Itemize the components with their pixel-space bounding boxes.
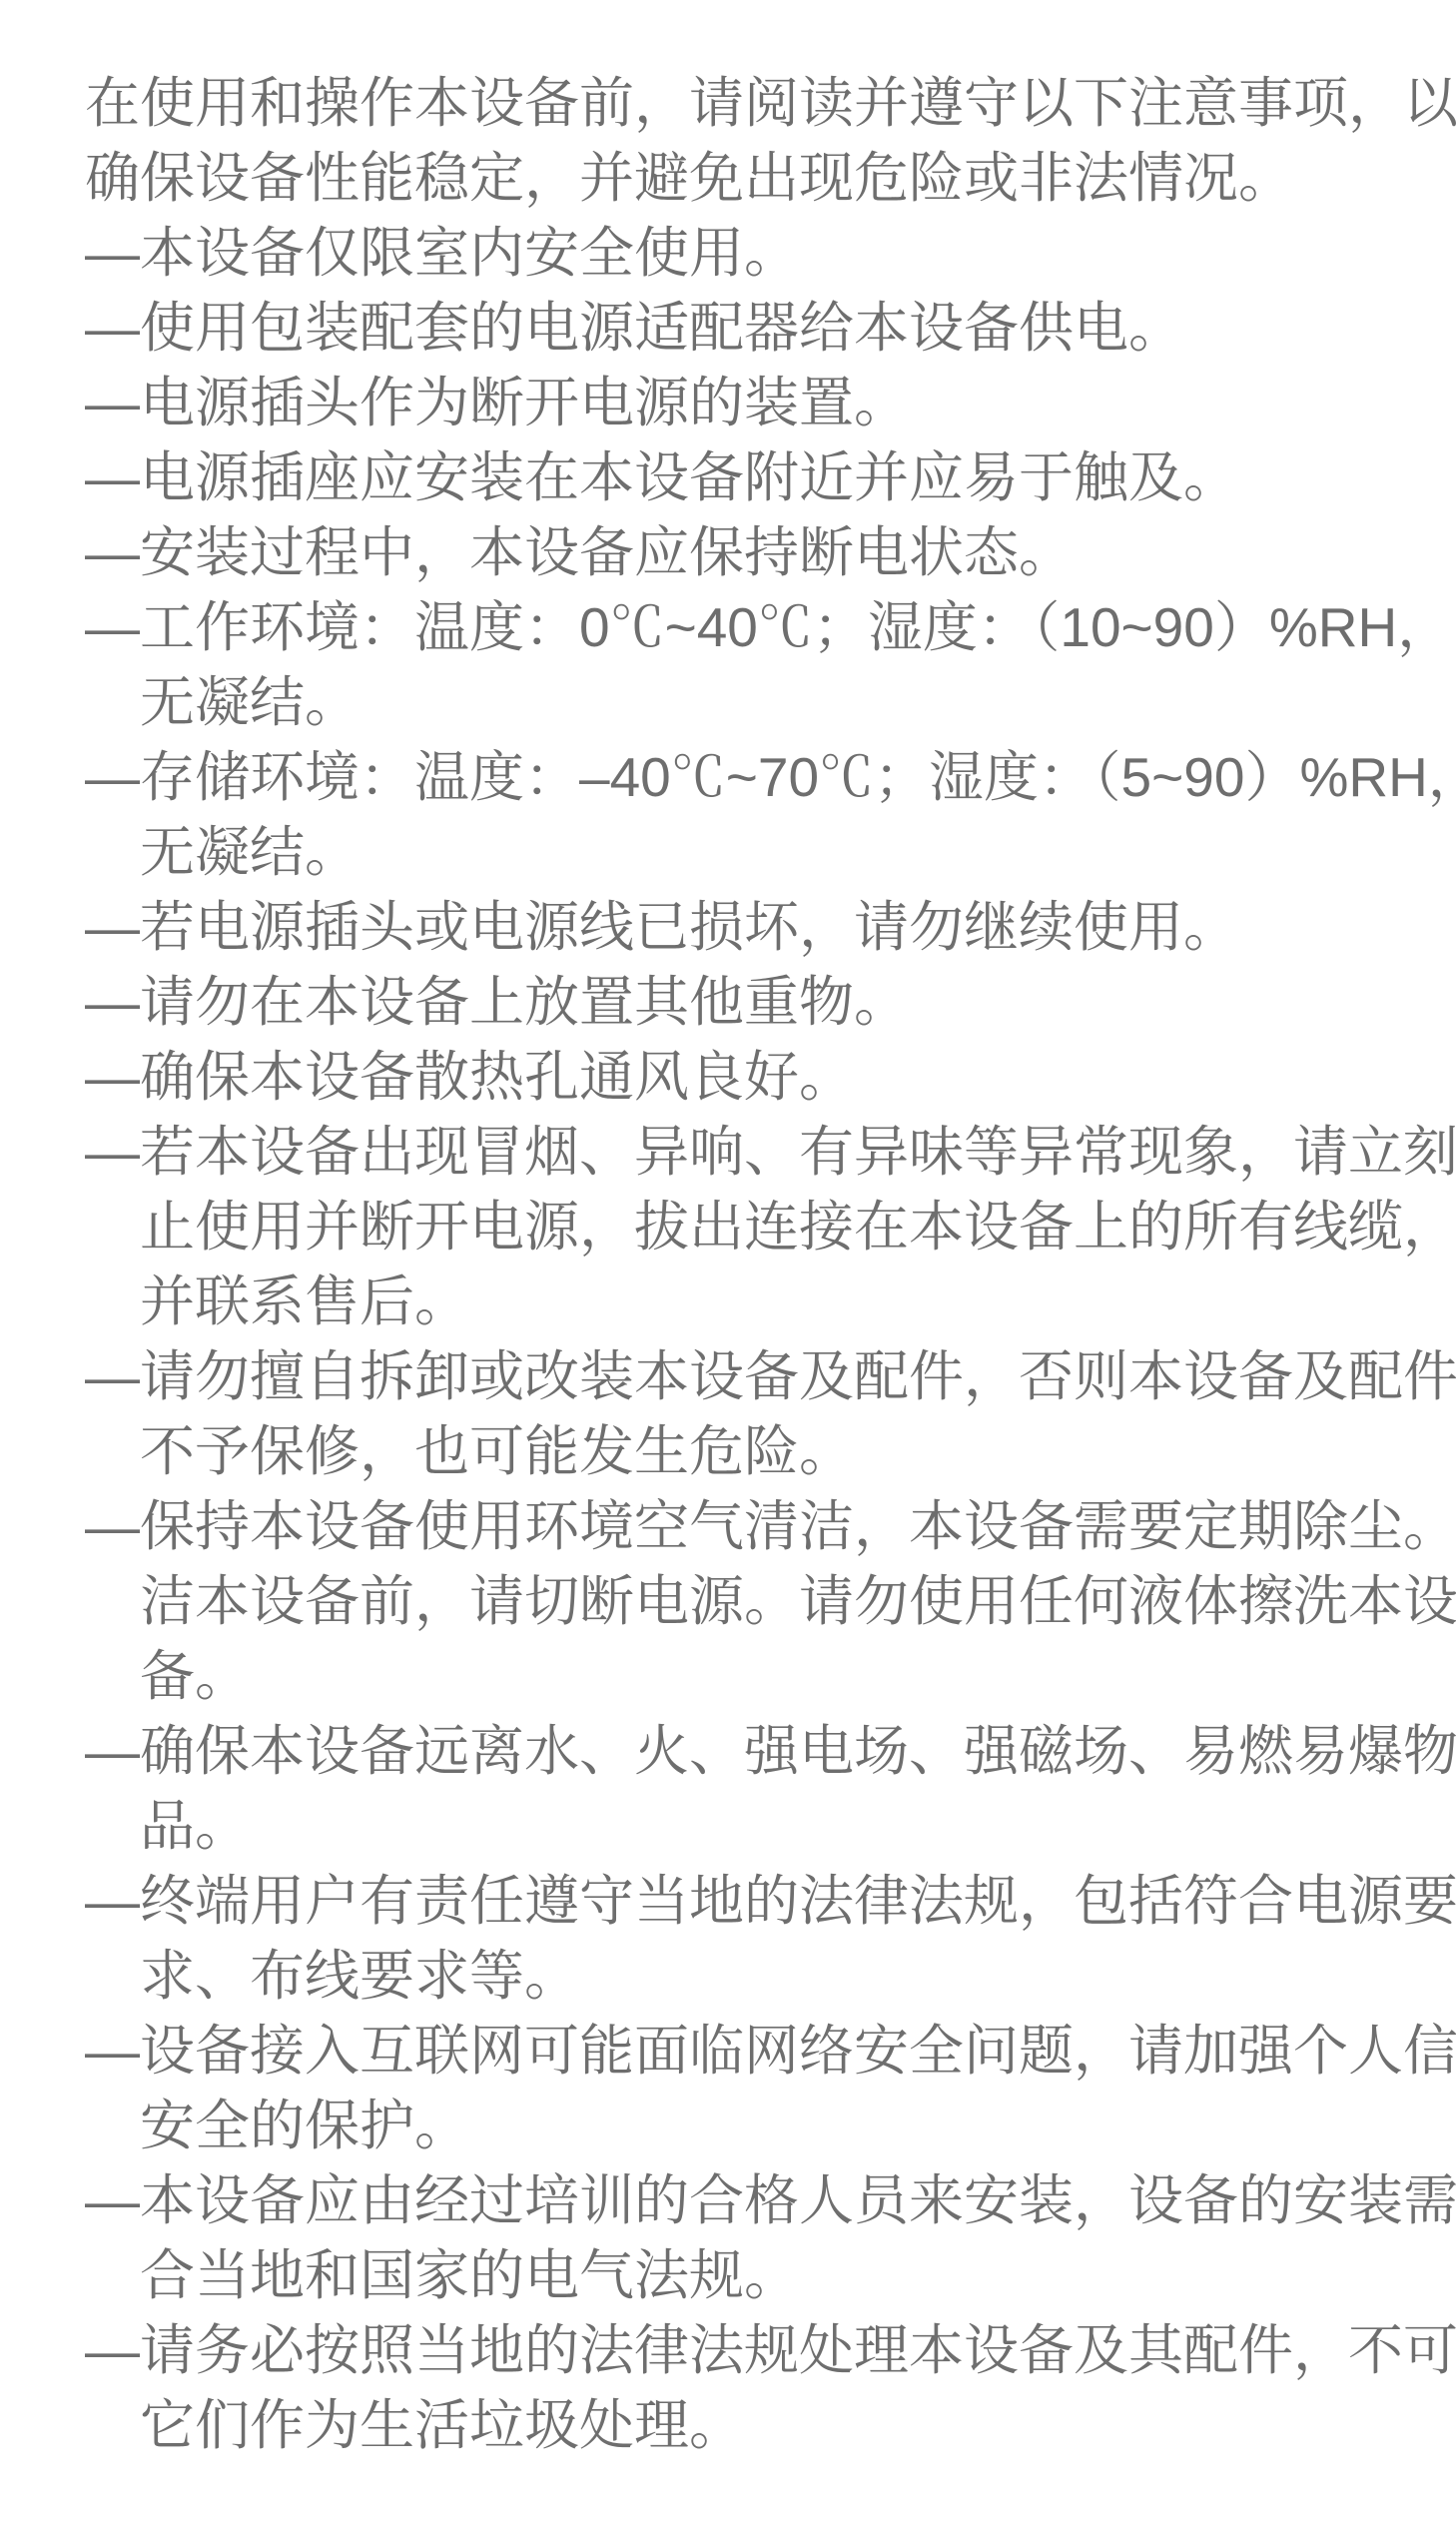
list-item-text: 若本设备出现冒烟、异响、有异味等异常现象，请立刻停 止使用并断开电源，拔出连接在… bbox=[140, 1115, 1456, 1339]
list-item-text: 请务必按照当地的法律法规处理本设备及其配件，不可将 它们作为生活垃圾处理。 bbox=[140, 2313, 1456, 2463]
list-item: — 电源插头作为断开电源的装置。 bbox=[85, 366, 1456, 440]
safety-notice-document: 在使用和操作本设备前，请阅读并遵守以下注意事项，以 确保设备性能稳定，并避免出现… bbox=[0, 0, 1456, 2463]
dash-marker: — bbox=[85, 2163, 140, 2238]
list-item: — 本设备仅限室内安全使用。 bbox=[85, 216, 1456, 291]
list-item: — 请勿擅自拆卸或改装本设备及配件，否则本设备及配件将 不予保修，也可能发生危险… bbox=[85, 1339, 1456, 1489]
list-item-text: 终端用户有责任遵守当地的法律法规，包括符合电源要 求、布线要求等。 bbox=[140, 1864, 1456, 2014]
list-item-text: 若电源插头或电源线已损坏，请勿继续使用。 bbox=[140, 890, 1238, 965]
list-item: — 本设备应由经过培训的合格人员来安装，设备的安装需符 合当地和国家的电气法规。 bbox=[85, 2163, 1456, 2313]
dash-marker: — bbox=[85, 1714, 140, 1789]
list-item: — 安装过程中，本设备应保持断电状态。 bbox=[85, 515, 1456, 590]
dash-marker: — bbox=[85, 1040, 140, 1115]
list-item-text: 电源插头作为断开电源的装置。 bbox=[140, 366, 909, 440]
list-item: — 使用包装配套的电源适配器给本设备供电。 bbox=[85, 291, 1456, 366]
list-item-text: 设备接入互联网可能面临网络安全问题，请加强个人信息 安全的保护。 bbox=[140, 2014, 1456, 2163]
dash-marker: — bbox=[85, 1115, 140, 1190]
list-item-text: 保持本设备使用环境空气清洁，本设备需要定期除尘。清 洁本设备前，请切断电源。请勿… bbox=[140, 1489, 1456, 1714]
list-item-text: 电源插座应安装在本设备附近并应易于触及。 bbox=[140, 440, 1238, 515]
dash-marker: — bbox=[85, 2313, 140, 2388]
dash-marker: — bbox=[85, 1864, 140, 1939]
notice-intro-paragraph: 在使用和操作本设备前，请阅读并遵守以下注意事项，以 确保设备性能稳定，并避免出现… bbox=[85, 66, 1456, 216]
list-item-text: 请勿擅自拆卸或改装本设备及配件，否则本设备及配件将 不予保修，也可能发生危险。 bbox=[140, 1339, 1456, 1489]
list-item: — 若电源插头或电源线已损坏，请勿继续使用。 bbox=[85, 890, 1456, 965]
list-item: — 保持本设备使用环境空气清洁，本设备需要定期除尘。清 洁本设备前，请切断电源。… bbox=[85, 1489, 1456, 1714]
list-item: — 请务必按照当地的法律法规处理本设备及其配件，不可将 它们作为生活垃圾处理。 bbox=[85, 2313, 1456, 2463]
list-item: — 工作环境：温度：0℃~40℃；湿度：（10~90）%RH， 无凝结。 bbox=[85, 590, 1456, 740]
list-item: — 请勿在本设备上放置其他重物。 bbox=[85, 965, 1456, 1040]
list-item: — 终端用户有责任遵守当地的法律法规，包括符合电源要 求、布线要求等。 bbox=[85, 1864, 1456, 2014]
dash-marker: — bbox=[85, 440, 140, 515]
dash-marker: — bbox=[85, 366, 140, 440]
list-item-text: 工作环境：温度：0℃~40℃；湿度：（10~90）%RH， 无凝结。 bbox=[140, 590, 1452, 740]
dash-marker: — bbox=[85, 965, 140, 1040]
dash-marker: — bbox=[85, 1489, 140, 1564]
list-item-text: 存储环境：温度：–40℃~70℃；湿度：（5~90）%RH， 无凝结。 bbox=[140, 740, 1456, 890]
list-item: — 设备接入互联网可能面临网络安全问题，请加强个人信息 安全的保护。 bbox=[85, 2014, 1456, 2163]
list-item-text: 使用包装配套的电源适配器给本设备供电。 bbox=[140, 291, 1183, 366]
list-item: — 存储环境：温度：–40℃~70℃；湿度：（5~90）%RH， 无凝结。 bbox=[85, 740, 1456, 890]
dash-marker: — bbox=[85, 515, 140, 590]
list-item-text: 本设备应由经过培训的合格人员来安装，设备的安装需符 合当地和国家的电气法规。 bbox=[140, 2163, 1456, 2313]
list-item-text: 确保本设备散热孔通风良好。 bbox=[140, 1040, 854, 1115]
list-item: — 若本设备出现冒烟、异响、有异味等异常现象，请立刻停 止使用并断开电源，拔出连… bbox=[85, 1115, 1456, 1339]
dash-marker: — bbox=[85, 291, 140, 366]
dash-marker: — bbox=[85, 2014, 140, 2089]
list-item: — 电源插座应安装在本设备附近并应易于触及。 bbox=[85, 440, 1456, 515]
list-item-text: 确保本设备远离水、火、强电场、强磁场、易燃易爆物 品。 bbox=[140, 1714, 1456, 1864]
list-item-text: 请勿在本设备上放置其他重物。 bbox=[140, 965, 909, 1040]
list-item: — 确保本设备散热孔通风良好。 bbox=[85, 1040, 1456, 1115]
dash-marker: — bbox=[85, 216, 140, 291]
dash-marker: — bbox=[85, 740, 140, 815]
notice-list: — 本设备仅限室内安全使用。 — 使用包装配套的电源适配器给本设备供电。 — 电… bbox=[85, 216, 1456, 2463]
dash-marker: — bbox=[85, 890, 140, 965]
list-item-text: 本设备仅限室内安全使用。 bbox=[140, 216, 799, 291]
dash-marker: — bbox=[85, 1339, 140, 1414]
list-item: — 确保本设备远离水、火、强电场、强磁场、易燃易爆物 品。 bbox=[85, 1714, 1456, 1864]
list-item-text: 安装过程中，本设备应保持断电状态。 bbox=[140, 515, 1074, 590]
dash-marker: — bbox=[85, 590, 140, 665]
